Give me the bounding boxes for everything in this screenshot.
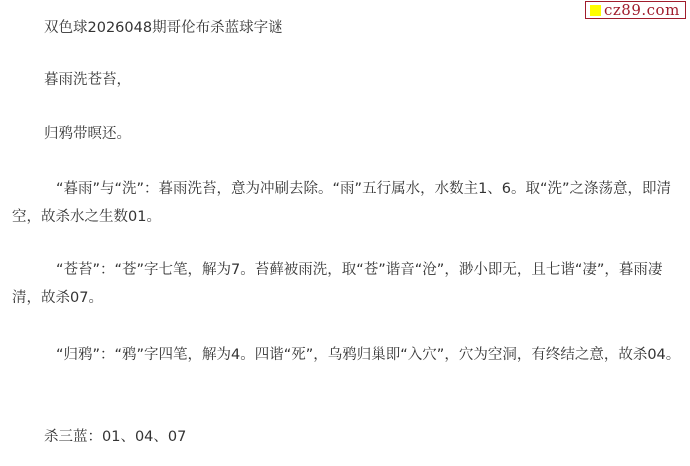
explanation-paragraph-2: “苍苔”：“苍”字七笔，解为7。苔藓被雨洗，取“苍”谐音“沧”，渺小即无，且七谐… bbox=[12, 256, 688, 312]
riddle-line-2: 归鸦带暝还。 bbox=[0, 120, 690, 148]
article-title: 双色球2026048期哥伦布杀蓝球字谜 bbox=[0, 14, 690, 42]
explanation-paragraph-1: “暮雨”与“洗”：暮雨洗苔，意为冲刷去除。“雨”五行属水，水数主1、6。取“洗”… bbox=[12, 175, 688, 231]
explanation-paragraph-3: “归鸦”：“鸦”字四笔，解为4。四谐“死”，乌鸦归巢即“入穴”，穴为空洞，有终结… bbox=[12, 341, 688, 369]
conclusion-line: 杀三蓝：01、04、07 bbox=[0, 423, 690, 451]
riddle-line-1: 暮雨洗苍苔， bbox=[0, 66, 690, 94]
